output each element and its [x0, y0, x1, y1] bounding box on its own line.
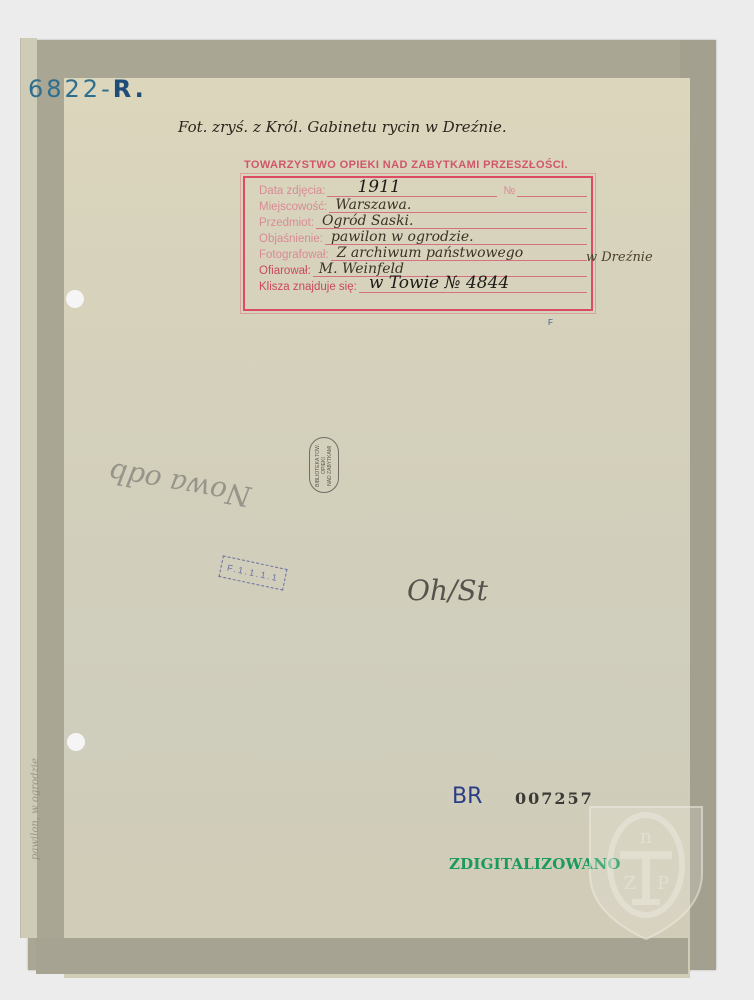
- punch-hole-top: [66, 290, 84, 308]
- stamp-label: Przedmiot:: [259, 217, 316, 229]
- svg-text:P: P: [657, 873, 669, 894]
- stamp-row-place: Miejscowość: Warszawa.: [259, 198, 587, 213]
- svg-text:Z: Z: [624, 873, 637, 894]
- stamp-row-subject: Przedmiot: Ogród Saski.: [259, 214, 587, 229]
- catalog-number: 6822-R.: [28, 75, 147, 103]
- stamp-label: Ofiarował:: [259, 265, 313, 277]
- inventory-number: 007257: [515, 789, 594, 808]
- stamp-label: Klisza znajduje się:: [259, 281, 359, 293]
- svg-text:n: n: [640, 824, 653, 848]
- stamp-value-date: 1911: [357, 177, 400, 197]
- society-stamp-box: Data zdjęcia: 1911 № Miejscowość: Warsza…: [243, 176, 593, 311]
- catalog-number-digits: 6822-: [28, 75, 113, 103]
- board-bottom-band: [36, 938, 688, 974]
- stamp-label: Miejscowość:: [259, 201, 329, 213]
- stamp-row-plate-location: Klisza znajduje się: w Towie № 4844: [259, 278, 587, 293]
- stamp-row-date: Data zdjęcia: 1911 №: [259, 182, 587, 197]
- stamp-row-description: Objaśnienie: pawilon w ogrodzie.: [259, 230, 587, 245]
- stamp-overflow-text: w Dreźnie: [586, 250, 653, 265]
- stamp-row-photographer: Fotografował: Z archiwum państwowego: [259, 246, 587, 261]
- shield-watermark-icon: n Z P: [586, 803, 706, 943]
- shelf-mark: Oh/St: [407, 574, 488, 607]
- library-stamp-text: BIBLIOTEKA TOW. OPIEKI NAD ZABYTKAMI: [315, 444, 333, 487]
- stamp-value-plate-location: w Towie № 4844: [369, 273, 509, 293]
- tiny-mark: F: [548, 318, 553, 327]
- stamp-label: Fotografował:: [259, 249, 331, 261]
- stamp-label: Objaśnienie:: [259, 233, 325, 245]
- punch-hole-bottom: [67, 733, 85, 751]
- stamp-label: Data zdjęcia:: [259, 185, 327, 197]
- stamp-value-subject: Ogród Saski.: [322, 213, 414, 229]
- library-oval-stamp: BIBLIOTEKA TOW. OPIEKI NAD ZABYTKAMI: [309, 437, 339, 493]
- side-pencil-note: pawilon, w ogrodzie: [30, 758, 41, 860]
- stamp-value-description: pawilon w ogrodzie.: [331, 229, 474, 245]
- number-sign: №: [497, 185, 517, 197]
- br-label: BR: [452, 784, 482, 809]
- stamp-title: TOWARZYSTWO OPIEKI NAD ZABYTKAMI PRZESZŁ…: [244, 159, 568, 171]
- stamp-value-photographer: Z archiwum państwowego: [337, 245, 523, 261]
- catalog-number-suffix: R.: [113, 75, 147, 103]
- handwritten-caption: Fot. zryś. z Król. Gabinetu rycin w Dreź…: [178, 118, 507, 136]
- stamp-value-place: Warszawa.: [335, 197, 411, 213]
